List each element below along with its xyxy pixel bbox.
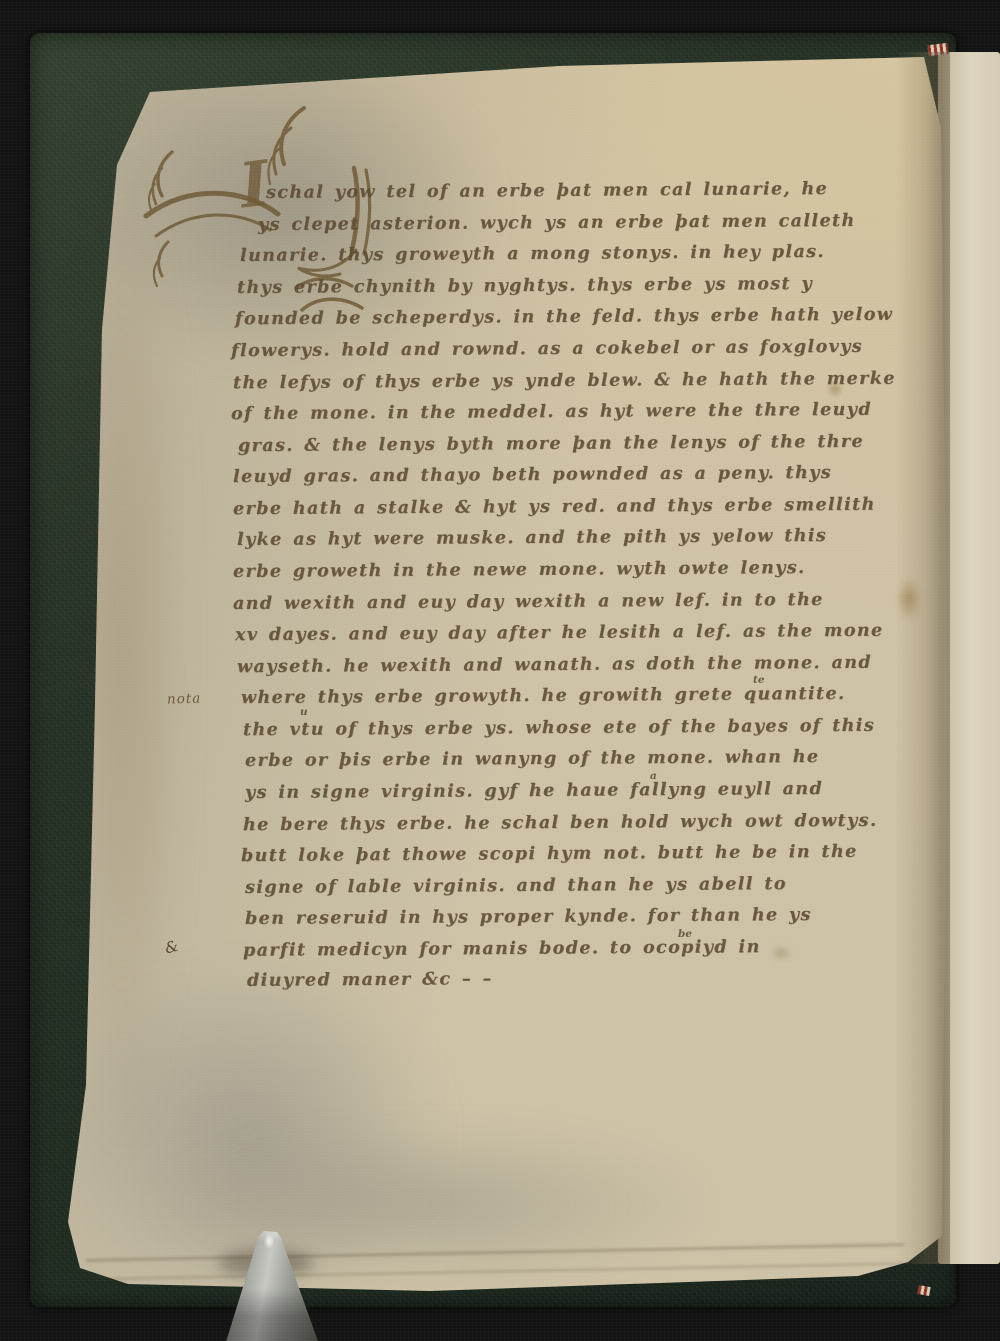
endband-bottom [917, 1285, 930, 1296]
margin-ink-mark: & [163, 937, 180, 958]
manuscript-line: he bere thys erbe. he schal ben hold wyc… [243, 811, 878, 835]
manuscript-line: of the mone. in the meddel. as hyt were … [231, 400, 872, 424]
interlinear-addition: te [753, 674, 765, 686]
manuscript-line: founded be scheperdys. in the feld. thys… [235, 305, 893, 330]
page-crease [86, 1243, 904, 1262]
manuscript-line: thys erbe chynith by nyghtys. thys erbe … [237, 274, 813, 298]
manuscript-line: leuyd gras. and thayo beth pownded as a … [233, 463, 832, 487]
manuscript-line: ben reseruid in hys proper kynde. for th… [245, 905, 812, 929]
manuscript-line: signe of lable virginis. and than he ys … [245, 874, 787, 898]
manuscript-line: ys in signe virginis. gyf he haue fallyn… [245, 779, 823, 803]
photo-background: I schal yow tel of an erbe þat men cal l… [0, 0, 1000, 1341]
manuscript-line: diuyred maner &c – – [247, 969, 493, 991]
nota-margin-note: nota [167, 690, 202, 707]
manuscript-line: wayseth. he wexith and wanath. as doth t… [237, 653, 872, 677]
manuscript-line: the vtu of thys erbe ys. whose ete of th… [243, 716, 875, 740]
manuscript-line: lunarie. thys groweyth a mong stonys. in… [240, 242, 825, 266]
manuscript-page: I schal yow tel of an erbe þat men cal l… [0, 0, 1000, 1341]
manuscript-line: gras. & the lenys byth more þan the leny… [238, 432, 864, 456]
manuscript-line: erbe groweth in the newe mone. wyth owte… [233, 558, 806, 582]
interlinear-addition: be [678, 928, 692, 940]
page-crease [86, 1262, 904, 1281]
manuscript-line: parfit medicyn for manis bode. to ocopiy… [243, 937, 761, 961]
interlinear-addition: a [650, 770, 657, 782]
fox-spot [770, 945, 792, 961]
manuscript-line: flowerys. hold and rownd. as a cokebel o… [231, 337, 863, 361]
manuscript-line: ys clepet asterion. wych ys an erbe þat … [258, 211, 856, 235]
fox-spot [896, 578, 922, 620]
facing-page-edge [938, 52, 1000, 1264]
manuscript-line: where thys erbe growyth. he growith gret… [241, 684, 846, 708]
manuscript-line: butt loke þat thowe scopi hym not. butt … [241, 842, 858, 866]
manuscript-line: xv dayes. and euy day after he lesith a … [235, 621, 884, 646]
interlinear-addition: u [300, 706, 308, 718]
manuscript-line: erbe or þis erbe in wanyng of the mone. … [245, 747, 820, 771]
manuscript-line: erbe hath a stalke & hyt ys red. and thy… [233, 495, 876, 519]
manuscript-line: and wexith and euy day wexith a new lef.… [233, 590, 824, 614]
manuscript-line: lyke as hyt were muske. and the pith ys … [237, 526, 827, 550]
manuscript-line: the lefys of thys erbe ys ynde blew. & h… [233, 369, 896, 394]
pointer-tool-highlight [264, 1233, 274, 1249]
manuscript-line: schal yow tel of an erbe þat men cal lun… [266, 179, 828, 203]
